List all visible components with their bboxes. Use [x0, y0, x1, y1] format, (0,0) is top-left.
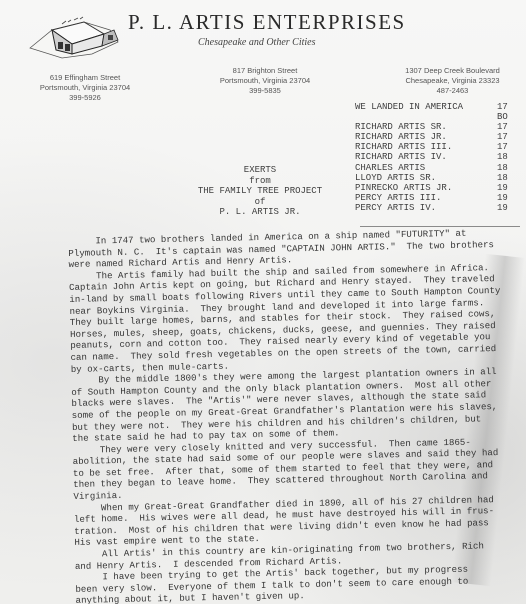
- address-city: Portsmouth, Virginia 23704: [20, 83, 150, 93]
- tree-year: 19: [497, 183, 517, 193]
- family-tree-list: WE LANDED IN AMERICA17 BO RICHARD ARTIS …: [355, 102, 526, 213]
- address-street: 817 Brighton Street: [200, 66, 330, 76]
- tree-year: 19: [497, 193, 517, 203]
- address-street: 619 Effingham Street: [20, 73, 150, 83]
- letter-body: In 1747 two brothers landed in America o…: [68, 227, 516, 604]
- tree-name: RICHARD ARTIS III.: [355, 142, 497, 152]
- tree-name: RICHARD ARTIS IV.: [355, 152, 497, 162]
- family-tree-row: WE LANDED IN AMERICA17: [355, 102, 526, 112]
- document-title-block: EXERTS from THE FAMILY TREE PROJECT of P…: [160, 165, 360, 218]
- family-tree-row: BO: [355, 112, 526, 122]
- house-illustration-icon: [22, 8, 122, 60]
- tree-name: PINRECKO ARTIS JR.: [355, 183, 497, 193]
- letter-page: P. L. ARTIS ENTERPRISES Chesapeake and O…: [0, 0, 526, 604]
- tree-name: CHARLES ARTIS: [355, 163, 497, 173]
- address-city: Chesapeake, Virginia 23323: [385, 76, 520, 86]
- tree-name: PERCY ARTIS III.: [355, 193, 497, 203]
- tree-name: RICHARD ARTIS SR.: [355, 122, 497, 132]
- tree-name: RICHARD ARTIS JR.: [355, 132, 497, 142]
- address-block-effingham: 619 Effingham Street Portsmouth, Virgini…: [20, 73, 150, 103]
- address-street: 1307 Deep Creek Boulevard: [385, 66, 520, 76]
- tree-name: LLOYD ARTIS SR.: [355, 173, 497, 183]
- address-phone: 399-5835: [200, 86, 330, 96]
- family-tree-row: PERCY ARTIS IV.19: [355, 203, 526, 213]
- tree-year: 17: [497, 102, 517, 112]
- address-block-brighton: 817 Brighton Street Portsmouth, Virginia…: [200, 66, 330, 96]
- tree-year: 17: [497, 132, 517, 142]
- family-tree-row: LLOYD ARTIS SR.18: [355, 173, 526, 183]
- address-city: Portsmouth, Virginia 23704: [200, 76, 330, 86]
- tree-year: 18: [497, 163, 517, 173]
- title-line: from: [160, 176, 360, 187]
- title-line: P. L. ARTIS JR.: [160, 207, 360, 218]
- tree-year: BO: [497, 112, 517, 122]
- tree-year: 18: [497, 152, 517, 162]
- title-line: of: [160, 197, 360, 208]
- address-phone: 399-5926: [20, 93, 150, 103]
- tree-name: [355, 112, 497, 122]
- company-name: P. L. ARTIS ENTERPRISES: [128, 10, 406, 35]
- title-line: THE FAMILY TREE PROJECT: [160, 186, 360, 197]
- tree-year: 17: [497, 142, 517, 152]
- tree-year: 19: [497, 203, 517, 213]
- family-tree-row: CHARLES ARTIS18: [355, 163, 526, 173]
- tree-year: 18: [497, 173, 517, 183]
- tree-year: 17: [497, 122, 517, 132]
- tree-name: WE LANDED IN AMERICA: [355, 102, 497, 112]
- address-phone: 487-2463: [385, 86, 520, 96]
- family-tree-row: RICHARD ARTIS SR.17: [355, 122, 526, 132]
- family-tree-row: RICHARD ARTIS IV.18: [355, 152, 526, 162]
- family-tree-row: PINRECKO ARTIS JR.19: [355, 183, 526, 193]
- family-tree-row: RICHARD ARTIS III.17: [355, 142, 526, 152]
- family-tree-row: PERCY ARTIS III.19: [355, 193, 526, 203]
- company-tagline: Chesapeake and Other Cities: [198, 37, 315, 48]
- family-tree-row: RICHARD ARTIS JR.17: [355, 132, 526, 142]
- address-block-deep-creek: 1307 Deep Creek Boulevard Chesapeake, Vi…: [385, 66, 520, 96]
- title-line: EXERTS: [160, 165, 360, 176]
- tree-name: PERCY ARTIS IV.: [355, 203, 497, 213]
